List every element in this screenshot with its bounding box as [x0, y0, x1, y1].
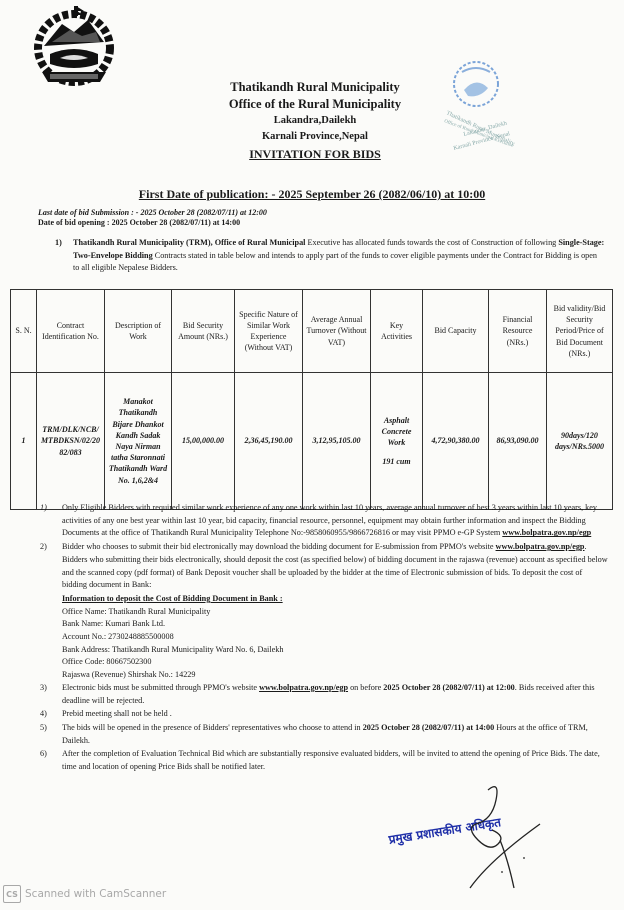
note-6-text: After the completion of Evaluation Techn… — [62, 749, 600, 771]
camscanner-watermark: CS Scanned with CamScanner — [3, 885, 166, 903]
note-1-number: 1) — [40, 502, 47, 515]
office-province: Karnali Province,Nepal — [200, 131, 430, 144]
note-5: 5) The bids will be opened in the presen… — [40, 722, 608, 747]
camscanner-logo-icon: CS — [3, 885, 21, 903]
note-2: 2) Bidder who chooses to submit their bi… — [40, 541, 608, 592]
bank-office-code: Office Code: 80667502300 — [62, 656, 608, 669]
note-4-number: 4) — [40, 708, 47, 721]
intro-bold-entity: Thatikandh Rural Municipality (TRM), Off… — [73, 238, 305, 247]
cell-description: Manakot Thatikandh Bijare Dhankot Kandh … — [105, 373, 172, 510]
intro-text-1: Executive has allocated funds towards th… — [305, 238, 558, 247]
municipality-title: Thatikandh Rural Municipality — [200, 80, 430, 95]
note-2-number: 2) — [40, 541, 47, 554]
bank-office-name: Office Name: Thatikandh Rural Municipali… — [62, 606, 608, 619]
note-6-number: 6) — [40, 748, 47, 761]
cell-turnover: 3,12,95,105.00 — [303, 373, 371, 510]
cell-key-activities: Asphalt Concrete Work 191 cum — [371, 373, 423, 510]
document-page: Thatikandh Rural Municipality Office of … — [0, 0, 624, 910]
note-3-text-1: Electronic bids must be submitted throug… — [62, 683, 259, 692]
signature-icon — [380, 780, 560, 890]
key-activity-quantity: 191 cum — [374, 456, 419, 467]
note-2-text-1: Bidder who chooses to submit their bid e… — [62, 542, 496, 551]
first-publication-date: First Date of publication: - 2025 Septem… — [0, 187, 624, 202]
intro-number: 1) — [55, 237, 62, 250]
note-3-text-2: on before — [348, 683, 383, 692]
bid-dates: Last date of bid Submission : - 2025 Oct… — [38, 208, 267, 229]
note-3: 3) Electronic bids must be submitted thr… — [40, 682, 608, 707]
last-submission-date: Last date of bid Submission : - 2025 Oct… — [38, 208, 267, 218]
cell-validity: 90days/120 days/NRs.5000 — [547, 373, 613, 510]
camscanner-text: Scanned with CamScanner — [25, 888, 166, 900]
note-3-number: 3) — [40, 682, 47, 695]
note-4: 4) Prebid meeting shall not be held . — [40, 708, 608, 721]
document-heading: INVITATION FOR BIDS — [200, 147, 430, 161]
municipality-stamp-icon: Thatikandh Rural Municipality Office of … — [440, 58, 524, 154]
col-bid-security: Bid Security Amount (NRs.) — [172, 290, 235, 373]
col-validity: Bid validity/Bid Security Period/Price o… — [547, 290, 613, 373]
table-header-row: S. N. Contract Identification No. Descri… — [11, 290, 613, 373]
note-5-opening-date: 2025 October 28 (2082/07/11) at 14:00 — [363, 723, 495, 732]
col-similar-work: Specific Nature of Similar Work Experien… — [235, 290, 303, 373]
office-address: Lakandra,Dailekh — [200, 115, 430, 128]
table-row: 1 TRM/DLK/NCB/MTBDKSN/02/2082/083 Manako… — [11, 373, 613, 510]
note-6: 6) After the completion of Evaluation Te… — [40, 748, 608, 773]
note-1: 1) Only Eligible Bidders with required s… — [40, 502, 608, 540]
bank-account-no: Account No.: 2730248885500008 — [62, 631, 608, 644]
col-description: Description of Work — [105, 290, 172, 373]
note-4-text: Prebid meeting shall not be held . — [62, 709, 172, 718]
office-name: Office of the Rural Municipality — [200, 97, 430, 112]
note-5-number: 5) — [40, 722, 47, 735]
bank-address: Bank Address: Thatikandh Rural Municipal… — [62, 644, 608, 657]
bank-revenue-head: Rajaswa (Revenue) Shirshak No.: 14229 — [62, 669, 608, 682]
bolpatra-link-1[interactable]: www.bolpatra.gov.np/egp — [502, 528, 591, 537]
col-financial-resource: Financial Resource (NRs.) — [489, 290, 547, 373]
col-bid-capacity: Bid Capacity — [423, 290, 489, 373]
cell-bid-capacity: 4,72,90,380.00 — [423, 373, 489, 510]
bank-info: Information to deposit the Cost of Biddi… — [40, 593, 608, 682]
bid-table: S. N. Contract Identification No. Descri… — [10, 289, 613, 510]
intro-paragraph: 1) Thatikandh Rural Municipality (TRM), … — [55, 237, 605, 275]
note-5-text-1: The bids will be opened in the presence … — [62, 723, 363, 732]
bolpatra-link-2[interactable]: www.bolpatra.gov.np/egp — [496, 542, 585, 551]
bolpatra-link-3[interactable]: www.bolpatra.gov.np/egp — [259, 683, 348, 692]
cell-contract-id: TRM/DLK/NCB/MTBDKSN/02/2082/083 — [37, 373, 105, 510]
cell-bid-security: 15,00,000.00 — [172, 373, 235, 510]
note-3-deadline: 2025 October 28 (2082/07/11) at 12:00 — [383, 683, 515, 692]
col-key-activities: Key Activities — [371, 290, 423, 373]
cell-sn: 1 — [11, 373, 37, 510]
col-turnover: Average Annual Turnover (Without VAT) — [303, 290, 371, 373]
nepal-emblem-icon — [30, 2, 118, 88]
bid-opening-date: Date of bid opening : 2025 October 28 (2… — [38, 218, 267, 228]
cell-financial-resource: 86,93,090.00 — [489, 373, 547, 510]
bank-name: Bank Name: Kumari Bank Ltd. — [62, 618, 608, 631]
col-sn: S. N. — [11, 290, 37, 373]
key-activity-name: Asphalt Concrete Work — [374, 415, 419, 449]
cell-similar-work: 2,36,45,190.00 — [235, 373, 303, 510]
bank-info-heading: Information to deposit the Cost of Biddi… — [62, 593, 608, 606]
col-contract-id: Contract Identification No. — [37, 290, 105, 373]
notes-list: 1) Only Eligible Bidders with required s… — [40, 502, 608, 775]
